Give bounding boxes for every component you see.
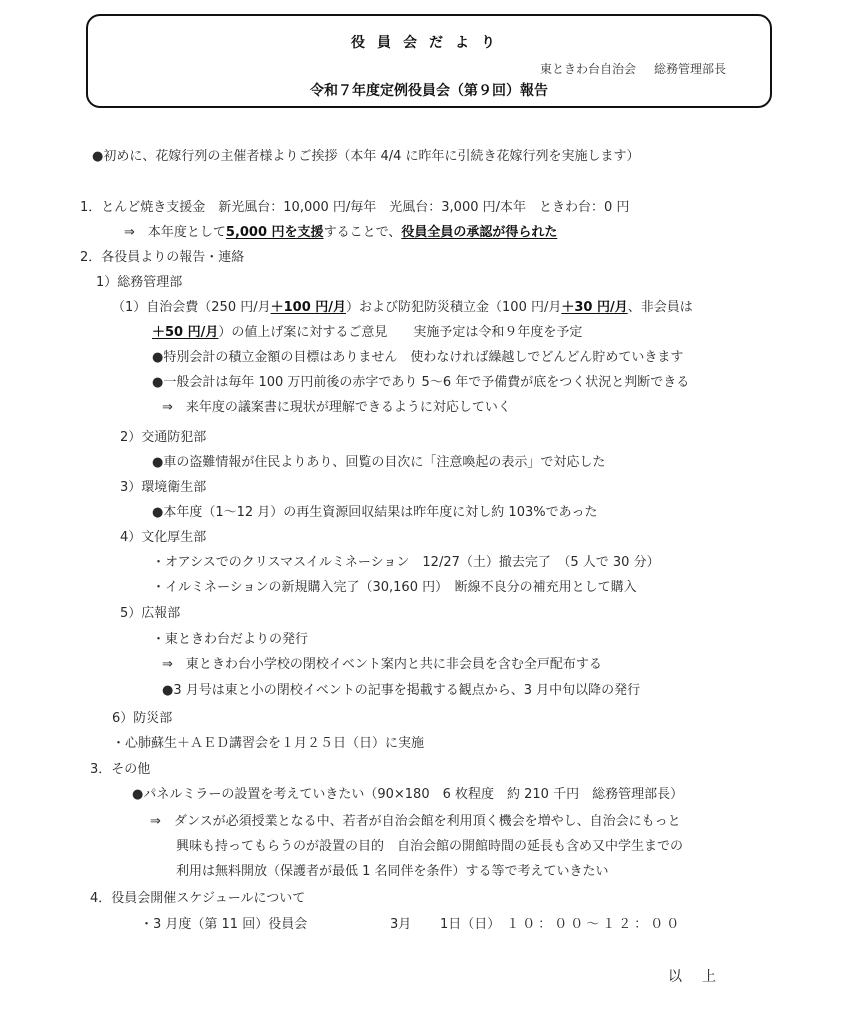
- meeting-month: 3月: [390, 916, 440, 934]
- koutsu-heading: 2）交通防犯部: [120, 429, 206, 447]
- bousai-item1: ・心肺蘇生＋ＡＥＤ講習会を１月２５日（日）に実施: [112, 735, 424, 753]
- schedule-text: ）の値上げ案に対するご意見 実施予定は令和９年度を予定: [218, 325, 582, 340]
- section3-arrow-line3: 利用は無料開放（保護者が最低 1 名同伴を条件）する等で考えていきたい: [176, 863, 609, 881]
- section3-heading: 3．その他: [90, 761, 150, 779]
- section1-result: ⇒ 本年度として5,000 円を支援することで、役員全員の承認が得られた: [124, 224, 557, 242]
- schedule-item: ・3 月度（第 11 回）役員会3月1日（日）１０：００〜１２：００: [140, 916, 682, 934]
- nonmember-text: 、非会員は: [628, 300, 693, 315]
- organization-name: 東ときわ台自治会: [540, 62, 636, 76]
- soumu-bullet2: ●一般会計は毎年 100 万円前後の赤字であり 5〜6 年で予備費が底をつく状況…: [152, 374, 689, 392]
- soumu-arrow: ⇒ 来年度の議案書に現状が理解できるように対応していく: [162, 399, 511, 417]
- section4-heading: 4．役員会開催スケジュールについて: [90, 890, 305, 908]
- author-title: 総務管理部長: [654, 62, 726, 76]
- soumu-item1-line2: ＋50 円/月）の値上げ案に対するご意見 実施予定は令和９年度を予定: [152, 324, 582, 342]
- section1-heading: 1．とんど焼き支援金 新光風台：10,000 円/毎年 光風台：3,000 円/…: [80, 199, 629, 217]
- soumu-heading: 1）総務管理部: [96, 274, 182, 292]
- header-box: 役員会だより 東ときわ台自治会総務管理部長 令和７年度定例役員会（第９回）報告: [86, 14, 772, 108]
- koutsu-bullet: ●車の盗難情報が住民よりあり、回覧の目次に「注意喚起の表示」で対応した: [152, 454, 605, 472]
- kankyo-bullet: ●本年度（1〜12 月）の再生資源回収結果は昨年度に対し約 103%であった: [152, 504, 597, 522]
- kouhou-arrow: ⇒ 東ときわ台小学校の閉校イベント案内と共に非会員を含む全戸配布する: [162, 656, 602, 674]
- meeting-time: １０：００〜１２：００: [506, 917, 682, 932]
- bunka-heading: 4）文化厚生部: [120, 529, 206, 547]
- header-organization: 東ときわ台自治会総務管理部長: [540, 60, 726, 77]
- bunka-item1: ・オアシスでのクリスマスイルミネーション 12/27（土）撤去完了 （5 人で …: [152, 554, 660, 572]
- bunka-item2: ・イルミネーションの新規購入完了（30,160 円） 断線不良分の補充用として購…: [152, 579, 637, 597]
- soumu-item1-line1: （1）自治会費（250 円/月＋100 円/月）および防犯防災積立金（100 円…: [112, 299, 693, 317]
- intro-greeting: ●初めに、花嫁行列の主催者様よりご挨拶（本年 4/4 に昨年に引続き花嫁行列を実…: [92, 148, 640, 166]
- soumu-bullet1: ●特別会計の積立金額の目標はありません 使わなければ繰越しでどんどん貯めていきま…: [152, 349, 683, 367]
- section3-arrow-line2: 興味も持ってもらうのが設置の目的 自治会館の開館時間の延長も含め又中学生までの: [176, 838, 683, 856]
- fund-text: ）および防犯防災積立金（100 円/月: [346, 300, 561, 315]
- result-mid: することで、: [324, 225, 402, 240]
- section3-arrow-line1: ⇒ ダンスが必須授業となる中、若者が自治会館を利用頂く機会を増やし、自治会にもっ…: [150, 813, 681, 831]
- kankyo-heading: 3）環境衛生部: [120, 479, 206, 497]
- bousai-heading: 6）防災部: [112, 710, 172, 728]
- support-amount: 5,000 円を支援: [226, 225, 324, 240]
- approval-note: 役員全員の承認が得られた: [401, 225, 557, 240]
- section3-bullet: ●パネルミラーの設置を考えていきたい（90×180 6 枚程度 約 210 千円…: [132, 786, 683, 804]
- closing-mark: 以上: [668, 966, 736, 986]
- kouhou-item1: ・東ときわ台だよりの発行: [152, 631, 308, 649]
- fee-increase: ＋100 円/月: [271, 300, 346, 315]
- nonmember-increase: ＋50 円/月: [152, 325, 218, 340]
- report-subtitle: 令和７年度定例役員会（第９回）報告: [88, 80, 770, 100]
- newsletter-title: 役員会だより: [88, 32, 770, 52]
- kouhou-heading: 5）広報部: [120, 605, 180, 623]
- result-prefix: ⇒ 本年度として: [124, 225, 226, 240]
- section2-heading: 2．各役員よりの報告・連絡: [80, 249, 244, 267]
- fund-increase: ＋30 円/月: [561, 300, 627, 315]
- kouhou-bullet: ●3 月号は東と小の閉校イベントの記事を掲載する観点から、3 月中旬以降の発行: [162, 682, 640, 700]
- meeting-day: 1日（日）: [440, 917, 500, 932]
- meeting-label: ・3 月度（第 11 回）役員会: [140, 916, 390, 934]
- fee-text: （1）自治会費（250 円/月: [112, 300, 271, 315]
